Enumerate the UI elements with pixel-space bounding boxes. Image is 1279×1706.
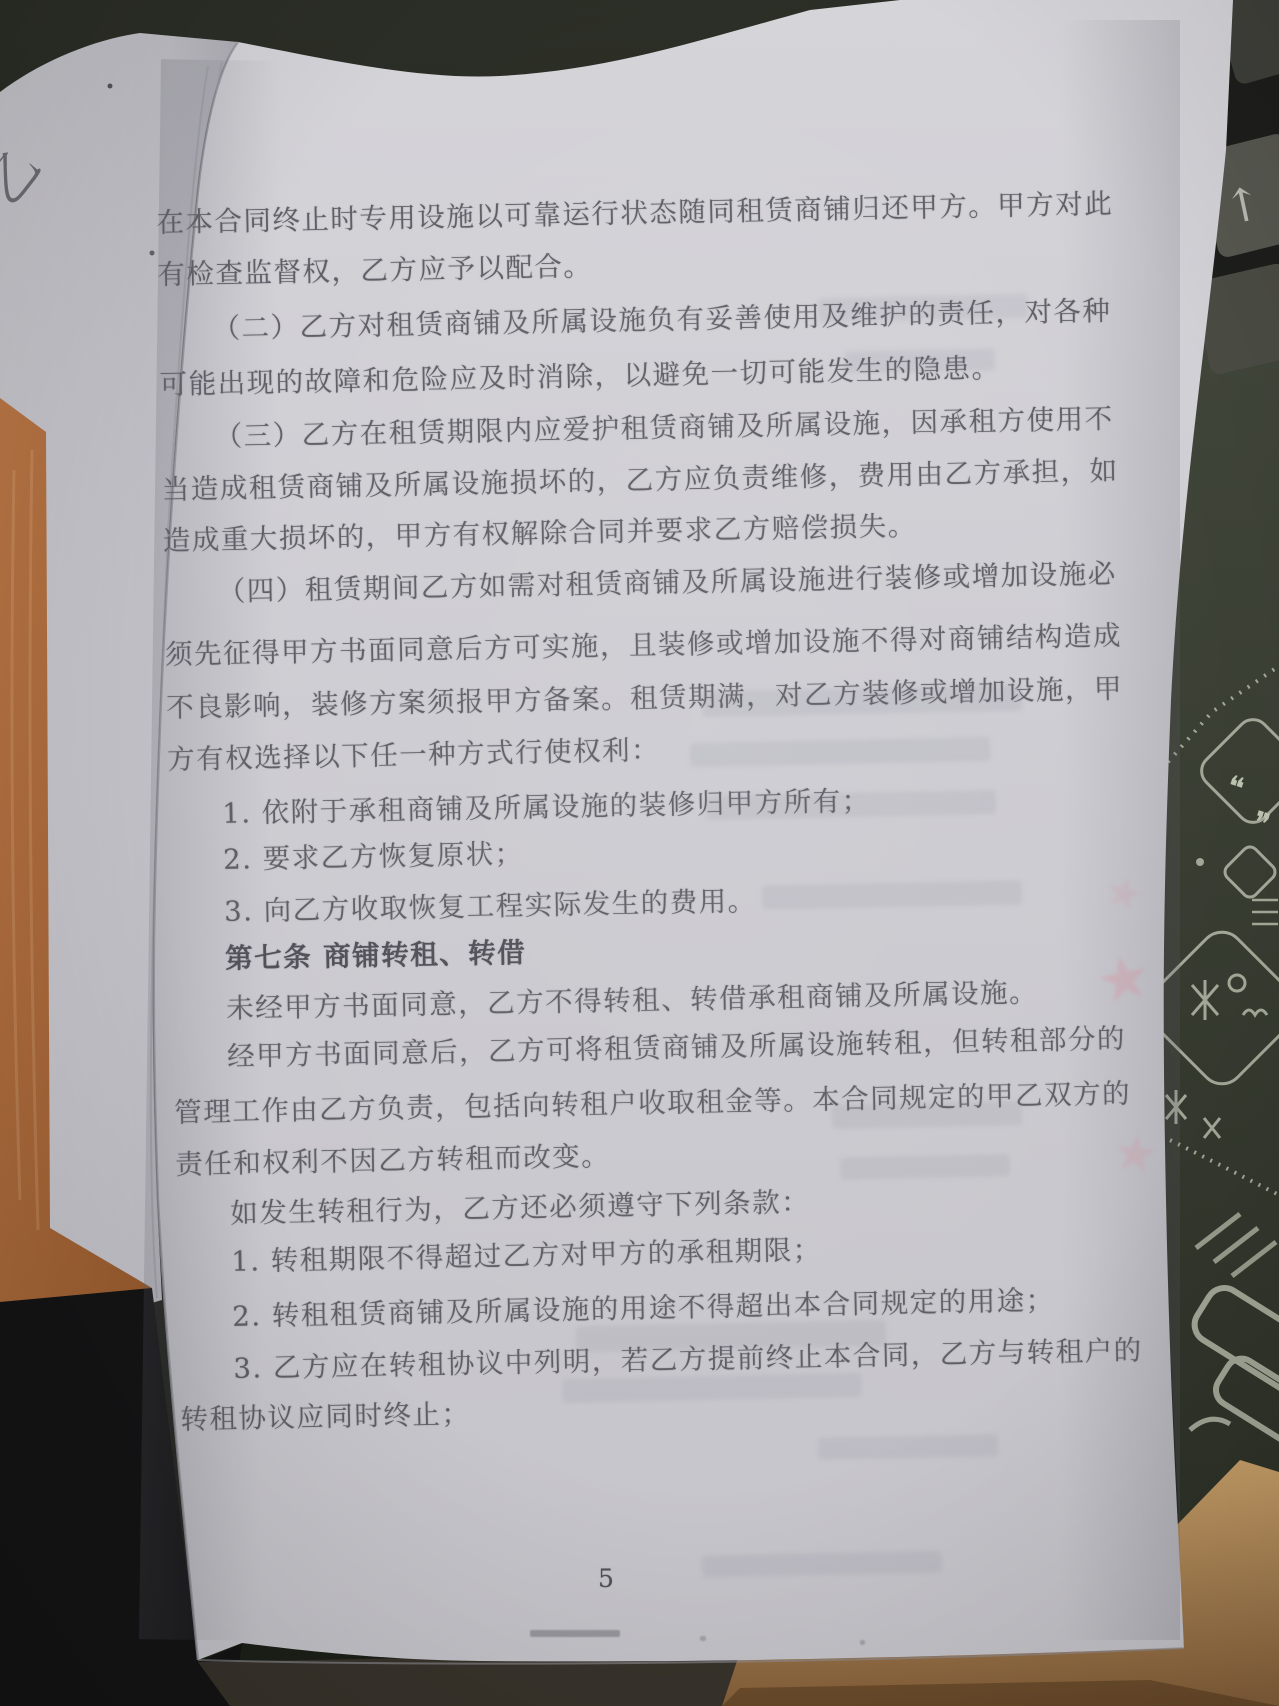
text-line: 3. 向乙方收取恢复工程实际发生的费用。 [170,878,757,930]
text-line: 如发生转租行为，乙方还必须遵守下列条款： [176,1179,811,1232]
text-line: 经甲方书面同意后，乙方可将租赁商铺及所属设施转租，但转租部分的 [173,1016,1127,1075]
text-line: 2. 转租租赁商铺及所属设施的用途不得超出本合同规定的用途； [178,1277,1055,1335]
text-line: 2. 要求乙方恢复原状； [169,831,524,878]
text-line: 1. 依附于承租商铺及所属设施的装修归甲方所有； [168,778,871,832]
contract-text: 在本合同终止时专用设施以可靠运行状态随同租赁商铺归还甲方。甲方对此 有检查监督权… [152,0,1112,1500]
text-line: 责任和权利不因乙方转租而改变。 [175,1133,611,1182]
text-line: 须先征得甲方书面同意后方可实施，且装修或增加设施不得对商铺结构造成 [165,613,1123,672]
page-number: 5 [598,1564,614,1593]
text-line: 有检查监督权，乙方应予以配合。 [157,243,593,292]
text-line: 1. 转租期限不得超过乙方对甲方的承租期限； [177,1227,822,1280]
smudge [700,1636,706,1641]
smudge [530,1630,620,1637]
stamp-bleed-star: ★ [1109,1125,1162,1182]
text-line: （四）租赁期间乙方如需对租赁商铺及所属设施进行装修或增加设施必 [163,551,1117,610]
text-line: 在本合同终止时专用设施以可靠运行状态随同租赁商铺归还甲方。甲方对此 [156,181,1114,240]
text-line: （三）乙方在租赁期限内应爱护租赁商铺及所属设施，因承租方使用不 [160,396,1114,455]
text-line: 方有权选择以下任一种方式行使权利： [167,727,661,777]
text-line: 3. 乙方应在转租协议中列明，若乙方提前终止本合同，乙方与转租户的 [179,1328,1143,1387]
section-heading: 第七条 商铺转租、转借 [171,930,527,977]
text-line: 不良影响，装修方案须报甲方备案。租赁期满，对乙方装修或增加设施，甲 [166,666,1124,725]
photo-of-contract: { "doc": { "page_number": "5", "lines": … [0,0,1279,1706]
text-line: （二）乙方对租赁商铺及所属设施负有妥善使用及维护的责任，对各种 [158,288,1112,347]
text-line: 可能出现的故障和危险应及时消除，以避免一切可能发生的隐患。 [159,345,1001,402]
smudge [860,1640,865,1645]
text-line: 管理工作由乙方负责，包括向转租户收取租金等。本合同规定的甲乙双方的 [174,1071,1132,1130]
text-line: 转租协议应同时终止； [180,1391,471,1437]
text-line: 当造成租赁商铺及所属设施损坏的，乙方应负责维修，费用由乙方承担，如 [161,448,1119,507]
text-line: 造成重大损坏的，甲方有权解除合同并要求乙方赔偿损失。 [162,503,917,558]
text-line: 未经甲方书面同意，乙方不得转租、转借承租商铺及所属设施。 [172,970,1039,1027]
